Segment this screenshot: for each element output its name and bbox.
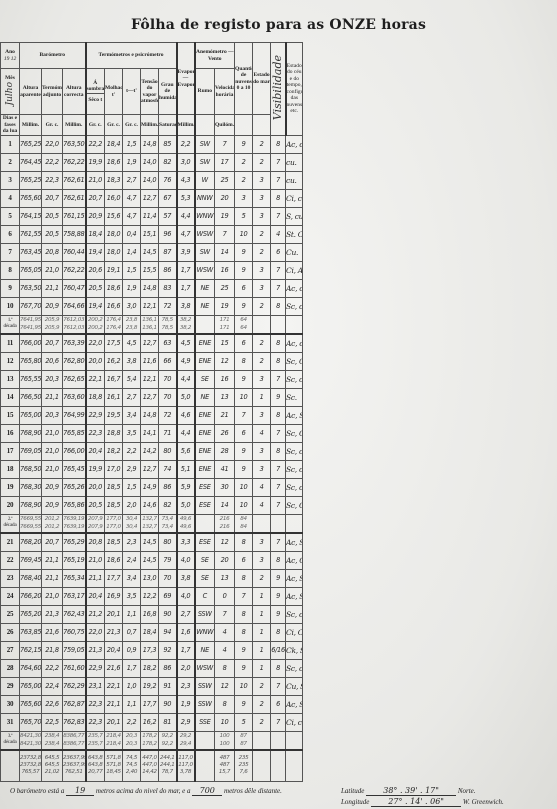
wind-direction-header: Rumo — [195, 69, 215, 115]
cell-molh: 18,6 — [105, 551, 123, 569]
cell-vel: 25 — [215, 171, 235, 189]
sky-state-note: Ci, Cu, St, chuva fraca intermitente — [286, 623, 303, 641]
decade-value: 7641,957641,95 — [20, 315, 42, 334]
table-row: 3765,2522,3762,6121,018,32,714,0764,3W25… — [1, 171, 557, 189]
cell-grau: 87 — [159, 243, 177, 261]
decade-value: 6464 — [235, 315, 253, 334]
cell-vis: 7 — [271, 279, 286, 297]
cell-seco: 20,8 — [86, 533, 105, 552]
sky-state-note: Cu. — [286, 243, 303, 261]
cell-grau: 80 — [159, 442, 177, 460]
cell-tadj: 20,9 — [42, 297, 63, 315]
table-row: 13765,5520,3762,6522,116,75,412,1704,4SE… — [1, 370, 557, 388]
day-number: 21 — [1, 533, 20, 552]
cell-grau: 70 — [159, 388, 177, 406]
sky-state-note: Ac, cu. — [286, 135, 303, 153]
decade-value: 29,229,4 — [177, 731, 195, 750]
table-row: 1765,2522,0763,5022,218,41,514,8852,2SW7… — [1, 135, 557, 153]
decade-value: 92,292,2 — [159, 731, 177, 750]
cell-vel: 21 — [215, 406, 235, 424]
day-number: 18 — [1, 460, 20, 478]
cell-evap: 1,7 — [177, 641, 195, 659]
cell-seco: 21,3 — [86, 641, 105, 659]
cell-vis: 7 — [271, 370, 286, 388]
cell-evap: 3,0 — [177, 153, 195, 171]
table-row: 29765,0022,4762,2923,122,11,019,2912,3SS… — [1, 677, 557, 695]
barometer-header: Barómetro — [20, 43, 86, 69]
cell-tens: 16,8 — [141, 605, 159, 623]
cell-molh: 21,3 — [105, 623, 123, 641]
sky-state-note: Sc, cu. — [286, 605, 303, 623]
cell-alt: 761,55 — [20, 225, 42, 243]
decade-label: 1.ª década — [1, 315, 20, 334]
cell-tadj: 21,0 — [42, 261, 63, 279]
cell-nuv: 9 — [235, 641, 253, 659]
cell-tens: 14,5 — [141, 551, 159, 569]
cell-nuv: 9 — [235, 243, 253, 261]
cell-mar: 2 — [253, 352, 271, 370]
cell-tens: 14,0 — [141, 153, 159, 171]
cell-tadj: 20,3 — [42, 406, 63, 424]
cell-alt: 764,60 — [20, 659, 42, 677]
cell-molh: 16,7 — [105, 370, 123, 388]
cell-nuv: 10 — [235, 225, 253, 243]
day-number: 22 — [1, 551, 20, 569]
cell-vis: 7 — [271, 533, 286, 552]
day-number: 31 — [1, 713, 20, 731]
table-row: 30765,6022,6762,8722,321,11,117,7901,9SS… — [1, 695, 557, 713]
decade-value — [195, 315, 215, 334]
decade-value: 7612,037612,03 — [63, 315, 86, 334]
unit-grc: Gr. c. — [86, 115, 105, 136]
cell-evap: 3,8 — [177, 569, 195, 587]
cell-mar: 3 — [253, 261, 271, 279]
cell-diff: 3,5 — [123, 424, 141, 442]
cell-evap: 5,0 — [177, 388, 195, 406]
cell-tens: 14,0 — [141, 171, 159, 189]
cell-nuv: 9 — [235, 261, 253, 279]
cell-vis: 8 — [271, 623, 286, 641]
cell-alt: 765,60 — [20, 695, 42, 713]
cell-grau: 70 — [159, 370, 177, 388]
cell-alt: 765,80 — [20, 352, 42, 370]
longitude-value: 27° . 14' . 06" — [371, 797, 461, 807]
cell-rumo: W — [195, 171, 215, 189]
day-number: 27 — [1, 641, 20, 659]
table-row: 21768,2020,7765,2920,818,52,314,5803,3ES… — [1, 533, 557, 552]
cell-nuv: 10 — [235, 388, 253, 406]
humidity-header: Grau de humidade — [159, 69, 177, 115]
day-number: 8 — [1, 261, 20, 279]
cell-seco: 21,2 — [86, 605, 105, 623]
cell-vel: 15 — [215, 334, 235, 353]
cell-tens: 13,0 — [141, 569, 159, 587]
cell-seco: 19,9 — [86, 460, 105, 478]
cell-alt: 762,15 — [20, 641, 42, 659]
cell-tadj: 21,1 — [42, 569, 63, 587]
sky-state-note: cu. — [286, 171, 303, 189]
cell-vel: 25 — [215, 279, 235, 297]
table-row: 2764,4522,2762,2219,918,61,914,0823,0SW1… — [1, 153, 557, 171]
cell-alt: 765,20 — [20, 605, 42, 623]
total-value: 117,0117,03,78 — [177, 750, 195, 782]
cell-seco: 22,0 — [86, 623, 105, 641]
cell-tadj: 21,0 — [42, 424, 63, 442]
cell-alt: 766,20 — [20, 587, 42, 605]
cell-molh: 16,9 — [105, 587, 123, 605]
decade-value: 8484 — [235, 514, 253, 533]
cell-nuv: 10 — [235, 496, 253, 514]
decade-value: 235,7235,7 — [86, 731, 105, 750]
cell-alt: 765,60 — [20, 189, 42, 207]
cell-grau: 57 — [159, 207, 177, 225]
cell-grau: 85 — [159, 135, 177, 153]
table-row: 9763,5021,1760,4720,518,61,914,8831,7NE2… — [1, 279, 557, 297]
cell-diff: 1,1 — [123, 695, 141, 713]
decade-value: 176,4176,4 — [105, 315, 123, 334]
cell-alt: 766,50 — [20, 388, 42, 406]
cell-alt: 766,00 — [20, 334, 42, 353]
total-value: 48748715,7 — [215, 750, 235, 782]
cell-vis: 8 — [271, 659, 286, 677]
cell-nuv: 6 — [235, 424, 253, 442]
table-row: 24766,2021,0763,1720,416,93,512,2694,0C0… — [1, 587, 557, 605]
cell-vis: 7 — [271, 478, 286, 496]
cell-alt: 768,20 — [20, 533, 42, 552]
cell-vel: 7 — [215, 225, 235, 243]
cell-grau: 74 — [159, 460, 177, 478]
decade-value: 73,473,4 — [159, 514, 177, 533]
cell-seco: 21,0 — [86, 171, 105, 189]
cell-tens: 15,1 — [141, 225, 159, 243]
cell-nuv: 2 — [235, 153, 253, 171]
total-value: 571,8571,818,45 — [105, 750, 123, 782]
cell-vis: 7 — [271, 153, 286, 171]
sky-state-note: Sc, chuva fraca depois das 6h — [286, 478, 303, 496]
day-number: 12 — [1, 352, 20, 370]
longitude: Longitude 27° . 14' . 06" W. Greenwich. — [341, 797, 504, 807]
table-row: 17769,0521,0766,0020,418,22,214,2805,6EN… — [1, 442, 557, 460]
cell-nuv: 9 — [235, 297, 253, 315]
cell-diff: 2,7 — [123, 171, 141, 189]
cell-seco: 19,9 — [86, 153, 105, 171]
cell-tadj: 20,9 — [42, 478, 63, 496]
cell-vis: 6 — [271, 695, 286, 713]
cell-nuv: 8 — [235, 533, 253, 552]
cell-evap: 5,0 — [177, 496, 195, 514]
sky-state-note: Sc, cu. — [286, 659, 303, 677]
cell-grau: 90 — [159, 605, 177, 623]
cell-nuv: 2 — [235, 171, 253, 189]
cell-corr: 763,17 — [63, 587, 86, 605]
cell-tens: 12,2 — [141, 587, 159, 605]
cell-vel: 8 — [215, 695, 235, 713]
cell-tadj: 21,6 — [42, 623, 63, 641]
sky-state-note: Sc, Cu, St. — [286, 496, 303, 514]
decade-value: 38,238,2 — [177, 315, 195, 334]
cell-evap: 4,5 — [177, 334, 195, 353]
cell-vel: 20 — [215, 189, 235, 207]
cell-alt: 768,90 — [20, 496, 42, 514]
decade-value: 8421,308421,30 — [20, 731, 42, 750]
cell-corr: 762,61 — [63, 189, 86, 207]
cell-rumo: WSW — [195, 261, 215, 279]
cell-mar: 1 — [253, 623, 271, 641]
cell-corr: 762,22 — [63, 261, 86, 279]
cell-diff: 4,5 — [123, 334, 141, 353]
sky-state-note: Ac, cu. — [286, 334, 303, 353]
cell-seco: 20,4 — [86, 442, 105, 460]
cell-molh: 19,1 — [105, 261, 123, 279]
cell-vel: 13 — [215, 388, 235, 406]
cell-molh: 22,1 — [105, 677, 123, 695]
cell-rumo: WNW — [195, 207, 215, 225]
sky-state-note: Ci, cu. — [286, 713, 303, 731]
cell-mar: 2 — [253, 297, 271, 315]
cell-evap: 1,7 — [177, 279, 195, 297]
observation-table: Ano19 12 Barómetro Termómetros e psicróm… — [0, 42, 557, 782]
cell-diff: 3,5 — [123, 587, 141, 605]
cell-diff: 3,0 — [123, 297, 141, 315]
cell-diff: 1,9 — [123, 279, 141, 297]
cell-vel: 41 — [215, 460, 235, 478]
day-number: 24 — [1, 587, 20, 605]
cell-tens: 14,9 — [141, 478, 159, 496]
cell-corr: 762,43 — [63, 605, 86, 623]
day-number: 5 — [1, 207, 20, 225]
table-row: 25765,2021,3762,4321,220,11,116,8902,7SS… — [1, 605, 557, 623]
sky-state-note: Ac, Cu, — [286, 551, 303, 569]
total-value: 244,1244,178,7 — [159, 750, 177, 782]
cell-vel: 16 — [215, 261, 235, 279]
cell-alt: 765,25 — [20, 135, 42, 153]
cell-tens: 14,2 — [141, 442, 159, 460]
total-value: 645,5645,521,02 — [42, 750, 63, 782]
table-row: 10767,7020,9764,6619,416,63,012,1723,8NE… — [1, 297, 557, 315]
table-row: 28764,6022,2761,6022,921,61,718,2862,0WS… — [1, 659, 557, 677]
sky-state-note: Ac, Sc, cu, chuviscos fracos de chuva às… — [286, 533, 303, 552]
cell-molh: 18,5 — [105, 533, 123, 552]
sky-state-note: Sc, cu. — [286, 370, 303, 388]
decade-summary-row: 2.ª década7669,557669,55201,2201,27639,1… — [1, 514, 557, 533]
cell-corr: 758,88 — [63, 225, 86, 243]
table-row: 8765,0521,0762,2220,619,11,515,5861,7WSW… — [1, 261, 557, 279]
cell-vel: 12 — [215, 352, 235, 370]
cell-mar: 2 — [253, 334, 271, 353]
cell-tadj: 22,2 — [42, 153, 63, 171]
cell-evap: 2,9 — [177, 713, 195, 731]
evaporimeter-header: Evaporímetro — Evaporação — [177, 43, 195, 115]
cell-tadj: 22,0 — [42, 135, 63, 153]
day-number: 3 — [1, 171, 20, 189]
cell-rumo: ESE — [195, 533, 215, 552]
unit-quilom: Quilóm. — [215, 115, 235, 136]
cell-evap: 1,9 — [177, 695, 195, 713]
cell-diff: 1,9 — [123, 153, 141, 171]
decade-value: 177,0177,0 — [105, 514, 123, 533]
day-number: 4 — [1, 189, 20, 207]
cell-molh: 20,1 — [105, 713, 123, 731]
table-row: 26763,8521,6760,7522,021,30,718,4941,6WN… — [1, 623, 557, 641]
decade-value: 100100 — [215, 731, 235, 750]
cell-vis: 7 — [271, 496, 286, 514]
cell-mar: 3 — [253, 442, 271, 460]
dry-header: Á sombraSêco t — [86, 69, 105, 115]
cell-evap: 3,8 — [177, 297, 195, 315]
cell-mar: 3 — [253, 279, 271, 297]
table-row: 23768,4021,1765,3421,117,73,413,0703,8SE… — [1, 569, 557, 587]
cell-nuv: 8 — [235, 623, 253, 641]
cell-tens: 14,8 — [141, 135, 159, 153]
table-row: 31765,7022,5762,8322,320,12,216,2812,9SS… — [1, 713, 557, 731]
cell-diff: 0,7 — [123, 623, 141, 641]
table-row: 11766,0020,7763,3922,017,54,512,7634,5EN… — [1, 334, 557, 353]
cell-vel: 12 — [215, 677, 235, 695]
cell-corr: 765,86 — [63, 496, 86, 514]
total-value — [195, 750, 215, 782]
cell-grau: 90 — [159, 695, 177, 713]
cell-nuv: 7 — [235, 587, 253, 605]
cell-tadj: 20,8 — [42, 243, 63, 261]
cell-molh: 21,1 — [105, 695, 123, 713]
thermometers-header: Termómetros e psicrómetro — [86, 43, 177, 69]
cell-alt: 763,85 — [20, 623, 42, 641]
total-value: 2352357,6 — [235, 750, 253, 782]
cell-vis: 7 — [271, 424, 286, 442]
table-row: 19768,3020,9765,2620,018,51,514,9865,9ES… — [1, 478, 557, 496]
cell-tadj: 22,2 — [42, 659, 63, 677]
cell-evap: 4,9 — [177, 352, 195, 370]
decade-value: 205,9205,9 — [42, 315, 63, 334]
day-number: 17 — [1, 442, 20, 460]
cell-seco: 20,5 — [86, 279, 105, 297]
total-value: 23732,8023732,80765,57 — [20, 750, 42, 782]
apparent-height-header: Altura aparente — [20, 69, 42, 115]
cell-tens: 14,8 — [141, 406, 159, 424]
cell-alt: 769,45 — [20, 551, 42, 569]
cell-mar: 3 — [253, 370, 271, 388]
cell-vis: 8 — [271, 189, 286, 207]
cell-vel: 30 — [215, 478, 235, 496]
sky-state-note: cu. — [286, 153, 303, 171]
cell-vis: 7 — [271, 207, 286, 225]
cell-evap: 5,1 — [177, 460, 195, 478]
cell-grau: 72 — [159, 297, 177, 315]
cell-molh: 18,8 — [105, 424, 123, 442]
cell-vis: 8 — [271, 297, 286, 315]
cell-vis: 9 — [271, 587, 286, 605]
corrected-height-header: Altura correcta — [63, 69, 86, 115]
unit-grc: Gr. c. — [42, 115, 63, 136]
cell-seco: 18,8 — [86, 388, 105, 406]
decade-value: 78,578,5 — [159, 315, 177, 334]
total-value: 74,574,52,40 — [123, 750, 141, 782]
cell-tadj: 21,1 — [42, 388, 63, 406]
register-sheet: Fôlha de registo para as ONZE horas Ano1… — [0, 0, 557, 809]
cell-nuv: 9 — [235, 442, 253, 460]
cell-molh: 18,2 — [105, 442, 123, 460]
attached-thermometer-header: Termómetro adjunto — [42, 69, 63, 115]
cell-grau: 86 — [159, 261, 177, 279]
barometer-note: O barómetro está a 19 metros acima do ni… — [10, 786, 282, 796]
decade-value — [195, 731, 215, 750]
cell-evap: 2,2 — [177, 135, 195, 153]
cell-tens: 11,4 — [141, 207, 159, 225]
cell-grau: 82 — [159, 153, 177, 171]
cell-nuv: 9 — [235, 695, 253, 713]
cell-tadj: 20,7 — [42, 189, 63, 207]
cell-mar: 4 — [253, 424, 271, 442]
visibility-header: Visibilidade — [271, 43, 286, 136]
cell-alt: 765,00 — [20, 406, 42, 424]
cell-rumo: WSW — [195, 659, 215, 677]
cell-molh: 17,7 — [105, 569, 123, 587]
cell-corr: 765,19 — [63, 551, 86, 569]
cell-evap: 2,0 — [177, 659, 195, 677]
cell-mar: 2 — [253, 243, 271, 261]
cell-rumo: ESE — [195, 496, 215, 514]
cell-seco: 19,4 — [86, 243, 105, 261]
cell-tadj: 22,5 — [42, 713, 63, 731]
cell-diff: 0,9 — [123, 641, 141, 659]
cell-corr: 760,47 — [63, 279, 86, 297]
cell-mar: 2 — [253, 569, 271, 587]
unit-millim: Millim. — [177, 115, 195, 136]
cell-rumo: ENE — [195, 352, 215, 370]
cell-mar: 2 — [253, 153, 271, 171]
cell-rumo: SW — [195, 243, 215, 261]
cell-molh: 17,5 — [105, 334, 123, 353]
cell-molh: 18,0 — [105, 243, 123, 261]
vapor-tension-header: Tensão do vapor atmosférico — [141, 69, 159, 115]
cell-nuv: 10 — [235, 677, 253, 695]
cell-mar: 1 — [253, 605, 271, 623]
cell-tens: 19,2 — [141, 677, 159, 695]
cell-molh: 18,4 — [105, 135, 123, 153]
cell-alt: 769,05 — [20, 442, 42, 460]
cell-evap: 4,4 — [177, 424, 195, 442]
table-row: 4765,6020,7762,6120,716,04,712,7675,3NNW… — [1, 189, 557, 207]
cell-nuv: 8 — [235, 605, 253, 623]
cell-grau: 82 — [159, 496, 177, 514]
table-row: 22769,4521,1765,1921,018,62,414,5794,0SE… — [1, 551, 557, 569]
cell-seco: 18,4 — [86, 225, 105, 243]
cell-diff: 2,0 — [123, 496, 141, 514]
decade-value: 201,2201,2 — [42, 514, 63, 533]
totals-row: 23732,8023732,80765,57645,5645,521,02236… — [1, 750, 557, 782]
cell-tens: 12,7 — [141, 189, 159, 207]
wind-speed-header: Velocidade horária — [215, 69, 235, 115]
cell-vis: 8 — [271, 551, 286, 569]
cell-mar: 4 — [253, 496, 271, 514]
cell-tens: 12,7 — [141, 334, 159, 353]
cell-mar: 4 — [253, 478, 271, 496]
cell-seco: 22,9 — [86, 659, 105, 677]
cell-vis: 7 — [271, 460, 286, 478]
cell-nuv: 6 — [235, 334, 253, 353]
cell-rumo: NE — [195, 641, 215, 659]
cell-alt: 763,50 — [20, 279, 42, 297]
day-number: 10 — [1, 297, 20, 315]
decade-value: 171171 — [215, 315, 235, 334]
cell-vel: 4 — [215, 641, 235, 659]
cell-alt: 767,70 — [20, 297, 42, 315]
cell-diff: 0,4 — [123, 225, 141, 243]
sky-state-note: Ck, Sc, St, chuva fraca intermitente. — [286, 641, 303, 659]
decade-value: 49,649,6 — [177, 514, 195, 533]
cell-evap: 3,9 — [177, 243, 195, 261]
day-number: 20 — [1, 496, 20, 514]
